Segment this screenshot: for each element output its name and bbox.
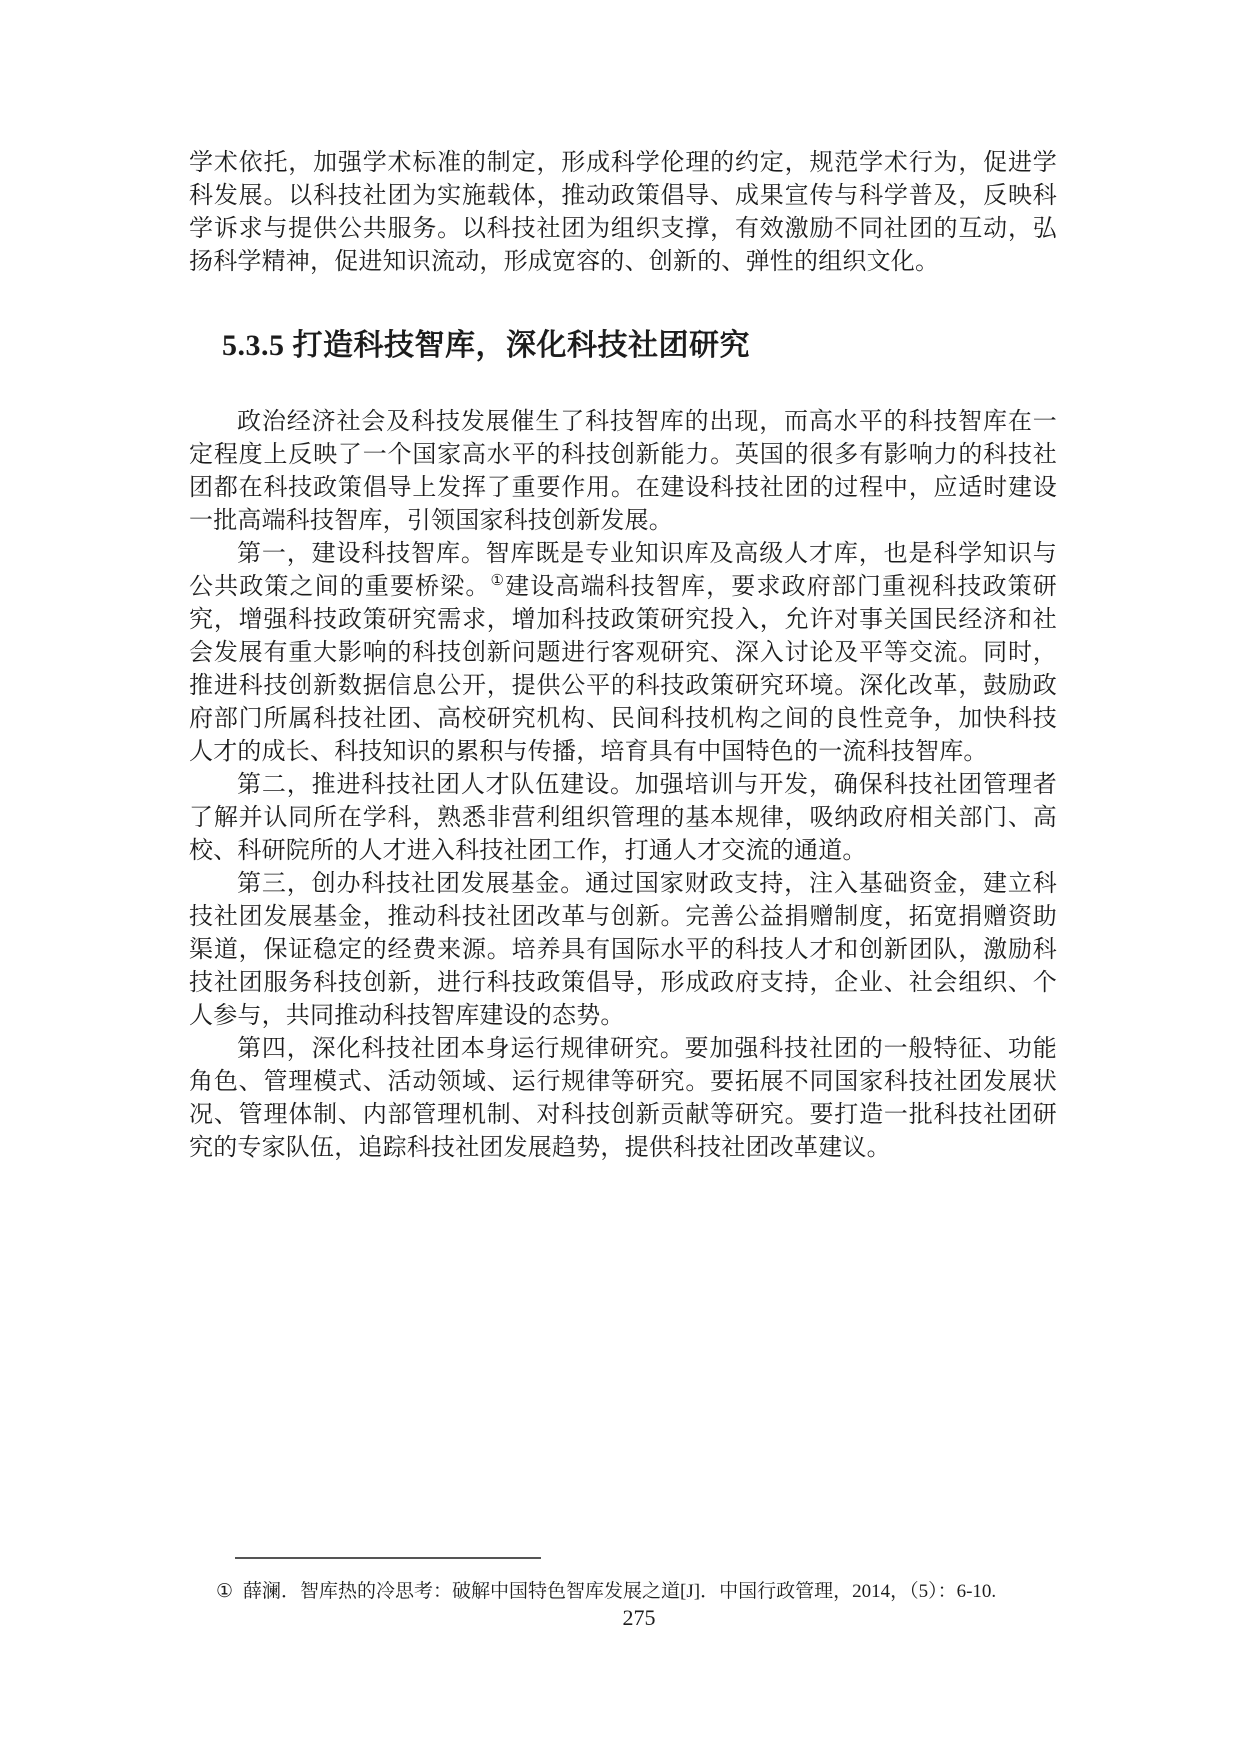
paragraph-2-text-after-footnote-ref: 建设高端科技智库，要求政府部门重视科技政策研究，增强科技政策研究需求，增加科技政… [189, 574, 1057, 765]
paragraph-continuation: 学术依托，加强学术标准的制定，形成科学伦理的约定，规范学术行为，促进学科发展。以… [189, 147, 1057, 279]
footnote: ①薛澜．智库热的冷思考：破解中国特色智库发展之道[J]．中国行政管理，2014，… [216, 1580, 1057, 1604]
document-page: 学术依托，加强学术标准的制定，形成科学伦理的约定，规范学术行为，促进学科发展。以… [0, 0, 1240, 1753]
section-heading: 5.3.5 打造科技智库，深化科技社团研究 [189, 324, 1057, 368]
page-content: 学术依托，加强学术标准的制定，形成科学伦理的约定，规范学术行为，促进学科发展。以… [189, 147, 1057, 1165]
footnote-separator-rule [235, 1557, 541, 1559]
footnote-marker: ① [216, 1581, 233, 1602]
page-number: 275 [189, 1605, 1089, 1631]
paragraph-1: 政治经济社会及科技发展催生了科技智库的出现，而高水平的科技智库在一定程度上反映了… [189, 406, 1057, 538]
footnote-reference: ① [491, 573, 506, 589]
footnote-area: ①薛澜．智库热的冷思考：破解中国特色智库发展之道[J]．中国行政管理，2014，… [189, 1547, 1057, 1604]
footnote-text: 薛澜．智库热的冷思考：破解中国特色智库发展之道[J]．中国行政管理，2014，（… [243, 1581, 996, 1602]
paragraph-5: 第四，深化科技社团本身运行规律研究。要加强科技社团的一般特征、功能角色、管理模式… [189, 1033, 1057, 1165]
paragraph-2: 第一，建设科技智库。智库既是专业知识库及高级人才库，也是科学知识与公共政策之间的… [189, 538, 1057, 769]
paragraph-4: 第三，创办科技社团发展基金。通过国家财政支持，注入基础资金，建立科技社团发展基金… [189, 868, 1057, 1033]
paragraph-3: 第二，推进科技社团人才队伍建设。加强培训与开发，确保科技社团管理者了解并认同所在… [189, 769, 1057, 868]
